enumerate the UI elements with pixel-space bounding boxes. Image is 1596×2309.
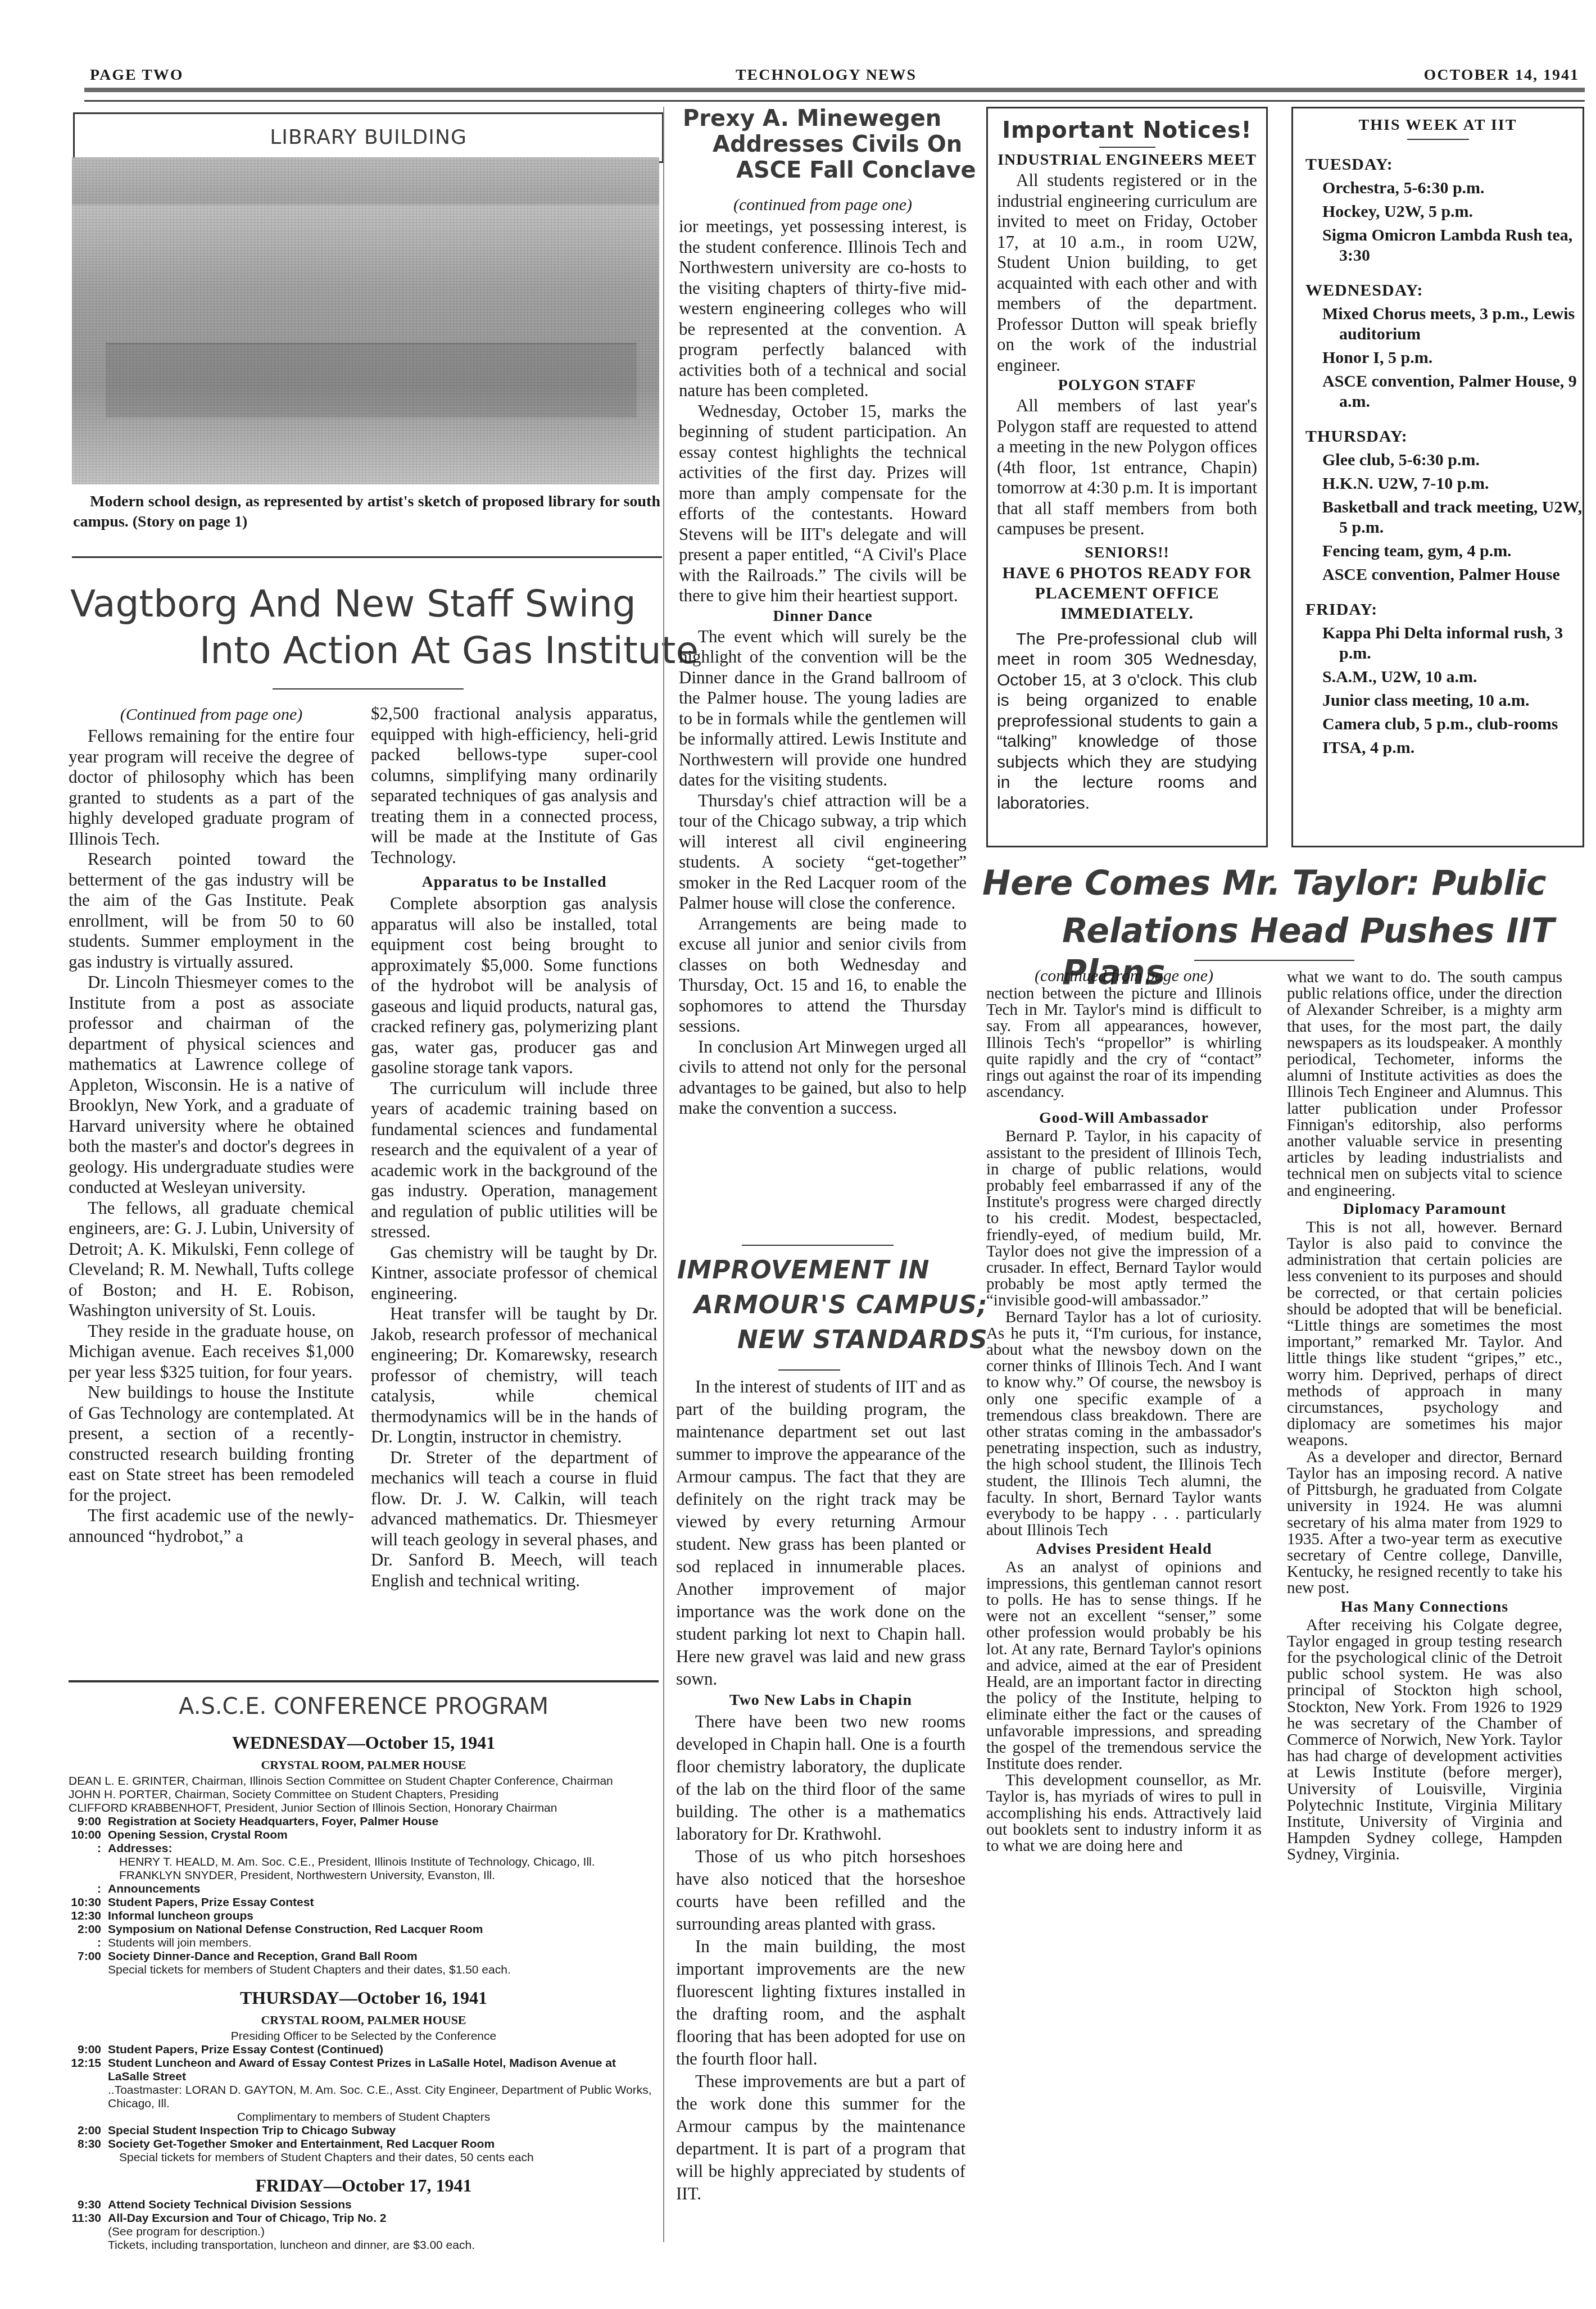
- paragraph: what we want to do. The south campus pub…: [1287, 969, 1562, 1199]
- paragraph: As a developer and director, Bernard Tay…: [1287, 1449, 1562, 1597]
- week-event: Fencing team, gym, 4 p.m.: [1322, 541, 1583, 561]
- program-day-heading: WEDNESDAY—October 15, 1941: [69, 1730, 659, 1755]
- paragraph: There have been two new rooms developed …: [676, 1711, 965, 1845]
- week-event: Glee club, 5-6:30 p.m.: [1322, 450, 1583, 470]
- program-officer: Presiding Officer to be Selected by the …: [69, 2030, 659, 2043]
- paragraph: In the main building, the most important…: [676, 1935, 965, 2070]
- program-time: 11:30: [69, 2212, 108, 2225]
- program-note: Students will join members.: [108, 1936, 659, 1950]
- column-rule: [663, 107, 664, 2242]
- paragraph: This development counsellor, as Mr. Tayl…: [986, 1772, 1262, 1854]
- minewegen-headline-line1: Prexy A. Minewegen: [683, 106, 941, 131]
- week-event: Camera club, 5 p.m., club-rooms: [1322, 714, 1583, 734]
- newspaper-title: TECHNOLOGY NEWS: [67, 66, 1585, 84]
- title-rule: [1407, 139, 1469, 140]
- taylor-column-1: (continued from page one) nection betwee…: [986, 967, 1262, 1854]
- program-time: :: [69, 1882, 108, 1896]
- subhead-apparatus: Apparatus to be Installed: [371, 872, 658, 892]
- divider: [69, 1680, 659, 1682]
- week-event: Mixed Chorus meets, 3 p.m., Lewis audito…: [1322, 304, 1583, 344]
- week-event: ASCE convention, Palmer House: [1322, 565, 1583, 585]
- week-event: Orchestra, 5-6:30 p.m.: [1322, 178, 1583, 198]
- paragraph: As an analyst of opinions and impression…: [986, 1559, 1262, 1773]
- important-notices-box: Important Notices! INDUSTRIAL ENGINEERS …: [986, 107, 1268, 847]
- vagtborg-column-2: $2,500 fractional analysis apparatus, eq…: [371, 704, 658, 1591]
- program-time: 12:30: [69, 1909, 108, 1923]
- paragraph: Fellows remaining for the entire four ye…: [69, 726, 354, 849]
- week-event: Sigma Omicron Lambda Rush tea, 3:30: [1322, 225, 1583, 266]
- week-event: Junior class meeting, 10 a.m.: [1322, 691, 1583, 711]
- this-week-title: THIS WEEK AT IIT: [1293, 115, 1583, 135]
- minewegen-headline-line3: ASCE Fall Conclave: [736, 157, 976, 183]
- subhead-advises-heald: Advises President Heald: [986, 1539, 1262, 1559]
- program-note: HENRY T. HEALD, M. Am. Soc. C.E., Presid…: [108, 1856, 659, 1869]
- paragraph: Dr. Streter of the department of mechani…: [371, 1448, 658, 1591]
- program-item: Student Luncheon and Award of Essay Cont…: [108, 2057, 659, 2084]
- notice-heading: POLYGON STAFF: [997, 375, 1257, 396]
- week-event: ASCE convention, Palmer House, 9 a.m.: [1322, 371, 1583, 412]
- week-event: ITSA, 4 p.m.: [1322, 738, 1583, 758]
- paragraph: Thursday's chief attraction will be a to…: [679, 791, 967, 914]
- program-time: :: [69, 1936, 108, 1950]
- title-rule: [1099, 147, 1155, 148]
- paragraph: Wednesday, October 15, marks the beginni…: [679, 401, 967, 606]
- week-event: H.K.N. U2W, 7-10 p.m.: [1322, 474, 1583, 494]
- paragraph: The curriculum will include three years …: [371, 1078, 658, 1242]
- program-time: 12:15: [69, 2057, 108, 2084]
- notice-text-bold: HAVE 6 PHOTOS READY FOR PLACEMENT OFFICE…: [997, 563, 1257, 624]
- week-event: Hockey, U2W, 5 p.m.: [1322, 202, 1583, 222]
- program-time: 2:00: [69, 2124, 108, 2138]
- masthead: PAGE TWO TECHNOLOGY NEWS OCTOBER 14, 194…: [67, 66, 1585, 89]
- program-note: Complimentary to members of Student Chap…: [69, 2111, 659, 2124]
- program-title: A.S.C.E. CONFERENCE PROGRAM: [69, 1691, 659, 1722]
- program-item: Student Papers, Prize Essay Contest: [108, 1896, 659, 1909]
- program-item: Addresses:: [108, 1842, 659, 1856]
- continued-note: (continued from page one): [679, 194, 967, 216]
- program-item: Symposium on National Defense Constructi…: [108, 1923, 659, 1936]
- program-time: 10:30: [69, 1896, 108, 1909]
- subhead-dinner-dance: Dinner Dance: [679, 606, 967, 627]
- program-day-heading: THURSDAY—October 16, 1941: [69, 1985, 659, 2011]
- paragraph: Complete absorption gas analysis apparat…: [371, 893, 658, 1078]
- program-note: (See program for description.): [108, 2225, 659, 2239]
- week-day-heading: THURSDAY:: [1305, 427, 1583, 447]
- paragraph: In conclusion Art Minwegen urged all civ…: [679, 1037, 967, 1119]
- issue-date: OCTOBER 14, 1941: [1423, 66, 1579, 84]
- paragraph: Bernard Taylor has a lot of curiosity. A…: [986, 1309, 1262, 1539]
- program-room: CRYSTAL ROOM, PALMER HOUSE: [69, 2011, 659, 2030]
- headline-rule: [778, 1369, 840, 1371]
- program-item: Opening Session, Crystal Room: [108, 1829, 659, 1842]
- program-officer: CLIFFORD KRABBENHOFT, President, Junior …: [69, 1802, 659, 1815]
- vagtborg-headline-line2: Into Action At Gas Institute: [199, 628, 699, 673]
- notice-text: All members of last year's Polygon staff…: [997, 396, 1257, 539]
- divider: [72, 556, 662, 558]
- program-item: Society Get-Together Smoker and Entertai…: [108, 2138, 659, 2151]
- program-day-heading: FRIDAY—October 17, 1941: [69, 2172, 659, 2198]
- headline-rule: [273, 688, 464, 689]
- vagtborg-column-1: (Continued from page one) Fellows remain…: [69, 704, 354, 1546]
- asce-conference-program: A.S.C.E. CONFERENCE PROGRAM WEDNESDAY—Oc…: [69, 1691, 659, 2252]
- program-item: Informal luncheon groups: [108, 1909, 659, 1923]
- notice-text: All students registered or in the indust…: [997, 170, 1257, 375]
- paragraph: Heat transfer will be taught by Dr. Jako…: [371, 1304, 658, 1448]
- armour-headline-line2: ARMOUR'S CAMPUS;: [694, 1288, 988, 1323]
- vagtborg-headline-line1: Vagtborg And New Staff Swing: [70, 582, 636, 627]
- armour-headline-line1: IMPROVEMENT IN: [677, 1253, 930, 1288]
- paragraph: This is not all, however. Bernard Taylor…: [1287, 1219, 1562, 1449]
- paragraph: nection between the picture and Illinois…: [986, 986, 1262, 1100]
- week-day-heading: FRIDAY:: [1305, 600, 1583, 620]
- paragraph: The first academic use of the newly-anno…: [69, 1505, 354, 1546]
- program-item: Attend Society Technical Division Sessio…: [108, 2198, 659, 2212]
- paragraph: The event which will surely be the highl…: [679, 627, 967, 791]
- subhead-good-will: Good-Will Ambassador: [986, 1108, 1262, 1128]
- week-schedule: TUESDAY: Orchestra, 5-6:30 p.m. Hockey, …: [1293, 155, 1583, 758]
- program-note: Special tickets for members of Student C…: [108, 1963, 659, 1977]
- program-item: All-Day Excursion and Tour of Chicago, T…: [108, 2212, 659, 2225]
- paragraph: Dr. Lincoln Thiesmeyer comes to the Inst…: [69, 972, 354, 1198]
- program-item: Special Student Inspection Trip to Chica…: [108, 2124, 659, 2138]
- this-week-box: THIS WEEK AT IIT TUESDAY: Orchestra, 5-6…: [1291, 107, 1584, 847]
- program-time: :: [69, 1842, 108, 1856]
- minewegen-headline-line2: Addresses Civils On: [713, 131, 962, 157]
- paragraph: Arrangements are being made to excuse al…: [679, 914, 967, 1037]
- program-note: FRANKLYN SNYDER, President, Northwestern…: [108, 1869, 659, 1882]
- paragraph: Gas chemistry will be taught by Dr. Kint…: [371, 1242, 658, 1304]
- building-sketch-shape: [106, 343, 637, 418]
- paragraph: Those of us who pitch horseshoes have al…: [676, 1845, 965, 1935]
- library-photo: [72, 157, 659, 484]
- paragraph: In the interest of students of IIT and a…: [676, 1376, 965, 1690]
- library-building-box: LIBRARY BUILDING: [73, 112, 664, 163]
- armour-headline-line3: NEW STANDARDS: [737, 1323, 988, 1358]
- continued-note: (Continued from page one): [69, 704, 354, 726]
- program-time: 7:00: [69, 1950, 108, 1963]
- program-officer: DEAN L. E. GRINTER, Chairman, Illinois S…: [69, 1775, 659, 1788]
- program-time: 10:00: [69, 1829, 108, 1842]
- week-day-heading: WEDNESDAY:: [1305, 280, 1583, 301]
- armour-column: In the interest of students of IIT and a…: [676, 1376, 965, 2205]
- notices-title: Important Notices!: [988, 117, 1266, 143]
- week-day-heading: TUESDAY:: [1305, 155, 1583, 175]
- subhead-connections: Has Many Connections: [1287, 1597, 1562, 1617]
- program-officer: JOHN H. PORTER, Chairman, Society Commit…: [69, 1788, 659, 1802]
- paragraph: Research pointed toward the betterment o…: [69, 849, 354, 972]
- paragraph: Bernard P. Taylor, in his capacity of as…: [986, 1128, 1262, 1309]
- paragraph: $2,500 fractional analysis apparatus, eq…: [371, 704, 658, 868]
- week-event: S.A.M., U2W, 10 a.m.: [1322, 667, 1583, 687]
- subhead-diplomacy: Diplomacy Paramount: [1287, 1199, 1562, 1219]
- program-time: 9:00: [69, 1815, 108, 1829]
- paragraph: These improvements are but a part of the…: [676, 2070, 965, 2205]
- program-time: 9:30: [69, 2198, 108, 2212]
- minewegen-column: (continued from page one) ior meetings, …: [679, 194, 967, 1119]
- program-note: Tickets, including transportation, lunch…: [108, 2239, 659, 2252]
- program-note: Special tickets for members of Student C…: [108, 2151, 659, 2165]
- week-event: Basketball and track meeting, U2W, 5 p.m…: [1322, 497, 1583, 538]
- program-item: Announcements: [108, 1882, 659, 1896]
- program-time: 8:30: [69, 2138, 108, 2151]
- notice-heading: SENIORS!!: [997, 543, 1257, 563]
- notice-text: The Pre-professional club will meet in r…: [997, 629, 1257, 814]
- photo-caption: Modern school design, as represented by …: [73, 492, 660, 532]
- paragraph: New buildings to house the Institute of …: [69, 1382, 354, 1505]
- program-item: Society Dinner-Dance and Reception, Gran…: [108, 1950, 659, 1963]
- continued-note: (continued from page one): [986, 967, 1262, 986]
- notice-heading: INDUSTRIAL ENGINEERS MEET: [997, 150, 1257, 170]
- paragraph: After receiving his Colgate degree, Tayl…: [1287, 1617, 1562, 1863]
- subhead-two-new-labs: Two New Labs in Chapin: [676, 1690, 965, 1711]
- program-time: 9:00: [69, 2043, 108, 2057]
- taylor-column-2: what we want to do. The south campus pub…: [1287, 910, 1562, 1863]
- week-event: Kappa Phi Delta informal rush, 3 p.m.: [1322, 623, 1583, 664]
- divider: [742, 1245, 894, 1246]
- program-item: Registration at Society Headquarters, Fo…: [108, 1815, 659, 1829]
- program-note: ..Toastmaster: LORAN D. GAYTON, M. Am. S…: [108, 2084, 659, 2111]
- paragraph: The fellows, all graduate chemical engin…: [69, 1198, 354, 1321]
- week-event: Honor I, 5 p.m.: [1322, 348, 1583, 368]
- paragraph: They reside in the graduate house, on Mi…: [69, 1321, 354, 1383]
- program-item: Student Papers, Prize Essay Contest (Con…: [108, 2043, 659, 2057]
- taylor-headline-line1: Here Comes Mr. Taylor: Public: [982, 863, 1547, 904]
- paragraph: ior meetings, yet possessing interest, i…: [679, 216, 967, 401]
- program-time: 2:00: [69, 1923, 108, 1936]
- notices-body: INDUSTRIAL ENGINEERS MEET All students r…: [988, 150, 1266, 814]
- program-room: CRYSTAL ROOM, PALMER HOUSE: [69, 1755, 659, 1775]
- masthead-rule: [84, 88, 1585, 102]
